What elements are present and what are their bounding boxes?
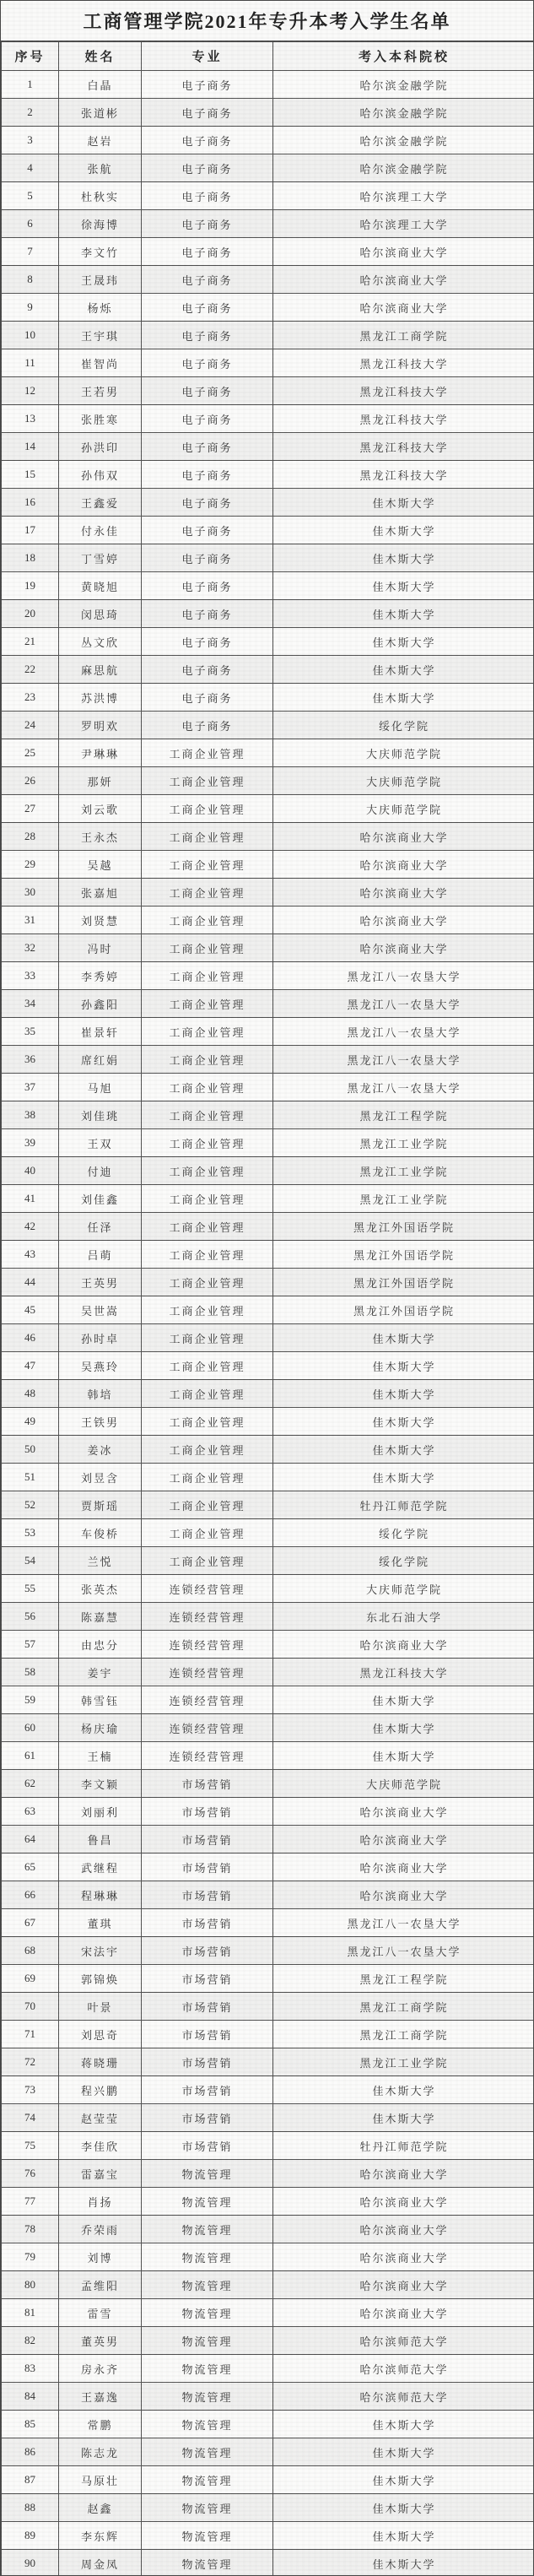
table-row: 44王英男工商企业管理黑龙江外国语学院	[2, 1269, 534, 1296]
table-row: 12王若男电子商务黑龙江科技大学	[2, 377, 534, 405]
cell-major: 物流管理	[142, 2160, 273, 2188]
cell-name: 崔智尚	[59, 349, 142, 377]
table-row: 59韩雪钰连锁经营管理佳木斯大学	[2, 1686, 534, 1714]
cell-major: 工商企业管理	[142, 1157, 273, 1185]
table-row: 29吴越工商企业管理哈尔滨商业大学	[2, 851, 534, 879]
cell-index: 9	[2, 294, 59, 322]
cell-major: 工商企业管理	[142, 1380, 273, 1408]
cell-index: 29	[2, 851, 59, 879]
cell-index: 83	[2, 2355, 59, 2383]
table-row: 56陈嘉慧连锁经营管理东北石油大学	[2, 1603, 534, 1631]
cell-index: 40	[2, 1157, 59, 1185]
table-row: 39王双工商企业管理黑龙江工业学院	[2, 1129, 534, 1157]
cell-school: 哈尔滨商业大学	[273, 1826, 534, 1854]
cell-major: 物流管理	[142, 2327, 273, 2355]
table-row: 40付迪工商企业管理黑龙江工业学院	[2, 1157, 534, 1185]
cell-name: 姜宇	[59, 1659, 142, 1686]
cell-major: 市场营销	[142, 1993, 273, 2021]
cell-major: 连锁经营管理	[142, 1631, 273, 1659]
cell-index: 84	[2, 2383, 59, 2411]
cell-major: 电子商务	[142, 517, 273, 544]
cell-index: 51	[2, 1464, 59, 1491]
cell-name: 李文竹	[59, 238, 142, 266]
cell-major: 市场营销	[142, 2076, 273, 2104]
cell-school: 牡丹江师范学院	[273, 2132, 534, 2160]
cell-school: 大庆师范学院	[273, 767, 534, 795]
cell-index: 16	[2, 489, 59, 517]
cell-name: 马旭	[59, 1074, 142, 1101]
cell-school: 黑龙江八一农垦大学	[273, 1046, 534, 1074]
cell-school: 哈尔滨商业大学	[273, 2160, 534, 2188]
cell-school: 黑龙江八一农垦大学	[273, 1909, 534, 1937]
cell-index: 71	[2, 2021, 59, 2048]
cell-school: 佳木斯大学	[273, 1380, 534, 1408]
table-row: 27刘云歌工商企业管理大庆师范学院	[2, 795, 534, 823]
table-row: 76雷嘉宝物流管理哈尔滨商业大学	[2, 2160, 534, 2188]
cell-school: 黑龙江工商学院	[273, 322, 534, 349]
cell-major: 市场营销	[142, 2021, 273, 2048]
cell-major: 电子商务	[142, 154, 273, 182]
cell-index: 33	[2, 962, 59, 990]
cell-school: 黑龙江科技大学	[273, 433, 534, 461]
cell-school: 哈尔滨商业大学	[273, 1631, 534, 1659]
cell-index: 28	[2, 823, 59, 851]
cell-name: 韩培	[59, 1380, 142, 1408]
cell-major: 物流管理	[142, 2188, 273, 2216]
cell-major: 连锁经营管理	[142, 1603, 273, 1631]
cell-major: 工商企业管理	[142, 1241, 273, 1269]
table-row: 42任泽工商企业管理黑龙江外国语学院	[2, 1213, 534, 1241]
cell-major: 市场营销	[142, 1854, 273, 1881]
cell-school: 牡丹江师范学院	[273, 1491, 534, 1519]
cell-name: 孙伟双	[59, 461, 142, 489]
cell-school: 哈尔滨商业大学	[273, 2271, 534, 2299]
cell-index: 5	[2, 182, 59, 210]
cell-major: 市场营销	[142, 1826, 273, 1854]
cell-name: 王永杰	[59, 823, 142, 851]
cell-index: 23	[2, 684, 59, 712]
cell-name: 陈志龙	[59, 2438, 142, 2466]
cell-name: 周金凤	[59, 2550, 142, 2576]
cell-major: 电子商务	[142, 684, 273, 712]
table-row: 64鲁昌市场营销哈尔滨商业大学	[2, 1826, 534, 1854]
scanned-roster-document: 工商管理学院2021年专升本考入学生名单 序号 姓名 专业 考入本科院校 1白晶…	[0, 0, 534, 2576]
cell-name: 张胜寒	[59, 405, 142, 433]
cell-index: 7	[2, 238, 59, 266]
cell-name: 李佳欣	[59, 2132, 142, 2160]
cell-name: 王嘉逸	[59, 2383, 142, 2411]
cell-school: 黑龙江科技大学	[273, 377, 534, 405]
cell-name: 吴越	[59, 851, 142, 879]
cell-school: 黑龙江八一农垦大学	[273, 1018, 534, 1046]
cell-major: 物流管理	[142, 2299, 273, 2327]
cell-school: 黑龙江八一农垦大学	[273, 990, 534, 1018]
cell-index: 25	[2, 739, 59, 767]
cell-name: 席红娟	[59, 1046, 142, 1074]
cell-index: 35	[2, 1018, 59, 1046]
page-title: 工商管理学院2021年专升本考入学生名单	[1, 1, 533, 41]
cell-index: 79	[2, 2243, 59, 2271]
cell-name: 任泽	[59, 1213, 142, 1241]
cell-school: 哈尔滨商业大学	[273, 906, 534, 934]
cell-name: 李秀婷	[59, 962, 142, 990]
cell-index: 59	[2, 1686, 59, 1714]
cell-name: 刘思奇	[59, 2021, 142, 2048]
cell-index: 10	[2, 322, 59, 349]
table-row: 34孙鑫阳工商企业管理黑龙江八一农垦大学	[2, 990, 534, 1018]
cell-school: 黑龙江八一农垦大学	[273, 962, 534, 990]
cell-school: 佳木斯大学	[273, 489, 534, 517]
students-table: 序号 姓名 专业 考入本科院校 1白晶电子商务哈尔滨金融学院2张道彬电子商务哈尔…	[1, 41, 534, 2576]
cell-school: 哈尔滨商业大学	[273, 1881, 534, 1909]
table-row: 72蒋晓珊市场营销黑龙江工业学院	[2, 2048, 534, 2076]
cell-index: 32	[2, 934, 59, 962]
cell-name: 程兴鹏	[59, 2076, 142, 2104]
cell-index: 55	[2, 1575, 59, 1603]
cell-major: 工商企业管理	[142, 934, 273, 962]
cell-name: 王晟玮	[59, 266, 142, 294]
cell-name: 孟维阳	[59, 2271, 142, 2299]
cell-school: 哈尔滨商业大学	[273, 2188, 534, 2216]
cell-major: 物流管理	[142, 2243, 273, 2271]
cell-school: 哈尔滨师范大学	[273, 2355, 534, 2383]
cell-name: 闵思琦	[59, 600, 142, 628]
table-row: 6徐海博电子商务哈尔滨理工大学	[2, 210, 534, 238]
cell-index: 90	[2, 2550, 59, 2576]
table-row: 38刘佳珧工商企业管理黑龙江工程学院	[2, 1101, 534, 1129]
cell-name: 杨庆瑜	[59, 1714, 142, 1742]
table-row: 37马旭工商企业管理黑龙江八一农垦大学	[2, 1074, 534, 1101]
cell-index: 1	[2, 71, 59, 99]
cell-major: 工商企业管理	[142, 1074, 273, 1101]
cell-major: 工商企业管理	[142, 739, 273, 767]
cell-name: 付迪	[59, 1157, 142, 1185]
cell-name: 罗明欢	[59, 712, 142, 739]
cell-major: 物流管理	[142, 2355, 273, 2383]
table-row: 58姜宇连锁经营管理黑龙江科技大学	[2, 1659, 534, 1686]
table-row: 84王嘉逸物流管理哈尔滨师范大学	[2, 2383, 534, 2411]
table-row: 51刘昱含工商企业管理佳木斯大学	[2, 1464, 534, 1491]
cell-school: 黑龙江外国语学院	[273, 1241, 534, 1269]
table-row: 54兰悦工商企业管理绥化学院	[2, 1547, 534, 1575]
cell-name: 王宇琪	[59, 322, 142, 349]
table-row: 78乔荣雨物流管理哈尔滨商业大学	[2, 2216, 534, 2243]
cell-school: 哈尔滨商业大学	[273, 1798, 534, 1826]
table-row: 65武继程市场营销哈尔滨商业大学	[2, 1854, 534, 1881]
cell-name: 韩雪钰	[59, 1686, 142, 1714]
cell-name: 王若男	[59, 377, 142, 405]
cell-school: 哈尔滨金融学院	[273, 71, 534, 99]
table-row: 79刘博物流管理哈尔滨商业大学	[2, 2243, 534, 2271]
cell-major: 电子商务	[142, 127, 273, 154]
cell-school: 哈尔滨金融学院	[273, 99, 534, 127]
table-row: 9杨烁电子商务哈尔滨商业大学	[2, 294, 534, 322]
cell-index: 11	[2, 349, 59, 377]
cell-name: 马原壮	[59, 2466, 142, 2494]
cell-major: 工商企业管理	[142, 1296, 273, 1324]
cell-name: 雷嘉宝	[59, 2160, 142, 2188]
cell-index: 65	[2, 1854, 59, 1881]
cell-name: 张航	[59, 154, 142, 182]
table-row: 4张航电子商务哈尔滨金融学院	[2, 154, 534, 182]
table-row: 31刘贤慧工商企业管理哈尔滨商业大学	[2, 906, 534, 934]
cell-school: 黑龙江工业学院	[273, 1157, 534, 1185]
cell-index: 75	[2, 2132, 59, 2160]
table-row: 89李东辉物流管理佳木斯大学	[2, 2522, 534, 2550]
cell-school: 黑龙江工商学院	[273, 2021, 534, 2048]
cell-name: 张嘉旭	[59, 879, 142, 906]
cell-name: 乔荣雨	[59, 2216, 142, 2243]
cell-name: 王英男	[59, 1269, 142, 1296]
column-header-school: 考入本科院校	[273, 42, 534, 71]
cell-index: 19	[2, 572, 59, 600]
cell-major: 电子商务	[142, 405, 273, 433]
table-row: 15孙伟双电子商务黑龙江科技大学	[2, 461, 534, 489]
cell-index: 77	[2, 2188, 59, 2216]
table-row: 62李文颖市场营销大庆师范学院	[2, 1770, 534, 1798]
cell-name: 吴世嵩	[59, 1296, 142, 1324]
cell-school: 哈尔滨理工大学	[273, 182, 534, 210]
cell-index: 70	[2, 1993, 59, 2021]
table-row: 2张道彬电子商务哈尔滨金融学院	[2, 99, 534, 127]
cell-major: 电子商务	[142, 544, 273, 572]
cell-school: 哈尔滨商业大学	[273, 2243, 534, 2271]
cell-school: 黑龙江科技大学	[273, 461, 534, 489]
cell-index: 52	[2, 1491, 59, 1519]
cell-major: 市场营销	[142, 1965, 273, 1993]
table-row: 57由忠分连锁经营管理哈尔滨商业大学	[2, 1631, 534, 1659]
column-header-index: 序号	[2, 42, 59, 71]
table-row: 22麻思航电子商务佳木斯大学	[2, 656, 534, 684]
cell-index: 80	[2, 2271, 59, 2299]
cell-index: 18	[2, 544, 59, 572]
cell-major: 工商企业管理	[142, 823, 273, 851]
cell-school: 佳木斯大学	[273, 517, 534, 544]
cell-name: 陈嘉慧	[59, 1603, 142, 1631]
cell-school: 黑龙江科技大学	[273, 405, 534, 433]
cell-major: 电子商务	[142, 628, 273, 656]
cell-major: 电子商务	[142, 322, 273, 349]
cell-school: 佳木斯大学	[273, 572, 534, 600]
cell-index: 46	[2, 1324, 59, 1352]
cell-index: 86	[2, 2438, 59, 2466]
cell-index: 88	[2, 2494, 59, 2522]
table-row: 8王晟玮电子商务哈尔滨商业大学	[2, 266, 534, 294]
cell-name: 武继程	[59, 1854, 142, 1881]
cell-name: 常鹏	[59, 2411, 142, 2438]
cell-index: 64	[2, 1826, 59, 1854]
column-header-major: 专业	[142, 42, 273, 71]
cell-name: 白晶	[59, 71, 142, 99]
cell-school: 大庆师范学院	[273, 1770, 534, 1798]
cell-major: 电子商务	[142, 656, 273, 684]
cell-school: 大庆师范学院	[273, 739, 534, 767]
cell-index: 15	[2, 461, 59, 489]
cell-name: 赵鑫	[59, 2494, 142, 2522]
table-row: 83房永齐物流管理哈尔滨师范大学	[2, 2355, 534, 2383]
cell-school: 佳木斯大学	[273, 1324, 534, 1352]
table-row: 82董英男物流管理哈尔滨师范大学	[2, 2327, 534, 2355]
cell-name: 车俊桥	[59, 1519, 142, 1547]
cell-name: 刘贤慧	[59, 906, 142, 934]
cell-major: 工商企业管理	[142, 990, 273, 1018]
table-row: 21丛文欣电子商务佳木斯大学	[2, 628, 534, 656]
cell-name: 王双	[59, 1129, 142, 1157]
table-row: 71刘思奇市场营销黑龙江工商学院	[2, 2021, 534, 2048]
cell-name: 刘博	[59, 2243, 142, 2271]
cell-school: 佳木斯大学	[273, 600, 534, 628]
cell-name: 麻思航	[59, 656, 142, 684]
cell-school: 佳木斯大学	[273, 544, 534, 572]
cell-name: 王鑫爱	[59, 489, 142, 517]
table-row: 5杜秋实电子商务哈尔滨理工大学	[2, 182, 534, 210]
table-row: 18丁雪婷电子商务佳木斯大学	[2, 544, 534, 572]
cell-major: 工商企业管理	[142, 1213, 273, 1241]
cell-school: 佳木斯大学	[273, 1408, 534, 1436]
table-row: 90周金凤物流管理佳木斯大学	[2, 2550, 534, 2576]
cell-index: 48	[2, 1380, 59, 1408]
cell-index: 27	[2, 795, 59, 823]
cell-school: 哈尔滨商业大学	[273, 266, 534, 294]
cell-index: 44	[2, 1269, 59, 1296]
cell-index: 66	[2, 1881, 59, 1909]
cell-name: 杨烁	[59, 294, 142, 322]
cell-school: 佳木斯大学	[273, 1464, 534, 1491]
cell-school: 黑龙江工业学院	[273, 2048, 534, 2076]
cell-name: 张英杰	[59, 1575, 142, 1603]
table-row: 68宋法宇市场营销黑龙江八一农垦大学	[2, 1937, 534, 1965]
table-row: 81雷雪物流管理哈尔滨商业大学	[2, 2299, 534, 2327]
table-header-row: 序号 姓名 专业 考入本科院校	[2, 42, 534, 71]
cell-school: 黑龙江工商学院	[273, 1993, 534, 2021]
cell-school: 佳木斯大学	[273, 2494, 534, 2522]
cell-name: 孙洪印	[59, 433, 142, 461]
cell-major: 连锁经营管理	[142, 1659, 273, 1686]
cell-name: 李东辉	[59, 2522, 142, 2550]
cell-major: 市场营销	[142, 1770, 273, 1798]
cell-name: 刘佳鑫	[59, 1185, 142, 1213]
table-row: 33李秀婷工商企业管理黑龙江八一农垦大学	[2, 962, 534, 990]
cell-major: 电子商务	[142, 238, 273, 266]
cell-school: 黑龙江八一农垦大学	[273, 1074, 534, 1101]
cell-name: 孙时卓	[59, 1324, 142, 1352]
cell-name: 尹琳琳	[59, 739, 142, 767]
table-row: 13张胜寒电子商务黑龙江科技大学	[2, 405, 534, 433]
cell-school: 黑龙江八一农垦大学	[273, 1937, 534, 1965]
cell-school: 哈尔滨商业大学	[273, 823, 534, 851]
table-row: 73程兴鹏市场营销佳木斯大学	[2, 2076, 534, 2104]
cell-school: 佳木斯大学	[273, 2411, 534, 2438]
table-row: 85常鹏物流管理佳木斯大学	[2, 2411, 534, 2438]
cell-school: 黑龙江科技大学	[273, 349, 534, 377]
cell-major: 市场营销	[142, 1798, 273, 1826]
cell-school: 哈尔滨商业大学	[273, 238, 534, 266]
cell-name: 刘丽利	[59, 1798, 142, 1826]
cell-index: 49	[2, 1408, 59, 1436]
table-row: 55张英杰连锁经营管理大庆师范学院	[2, 1575, 534, 1603]
table-row: 35崔景轩工商企业管理黑龙江八一农垦大学	[2, 1018, 534, 1046]
cell-index: 50	[2, 1436, 59, 1464]
cell-school: 佳木斯大学	[273, 2550, 534, 2576]
cell-major: 工商企业管理	[142, 1269, 273, 1296]
cell-major: 电子商务	[142, 489, 273, 517]
cell-major: 连锁经营管理	[142, 1686, 273, 1714]
cell-school: 佳木斯大学	[273, 2438, 534, 2466]
table-row: 43吕萌工商企业管理黑龙江外国语学院	[2, 1241, 534, 1269]
cell-major: 工商企业管理	[142, 1324, 273, 1352]
table-row: 47吴燕玲工商企业管理佳木斯大学	[2, 1352, 534, 1380]
cell-school: 黑龙江工程学院	[273, 1965, 534, 1993]
cell-major: 工商企业管理	[142, 1408, 273, 1436]
cell-index: 30	[2, 879, 59, 906]
cell-name: 王铁男	[59, 1408, 142, 1436]
cell-major: 电子商务	[142, 600, 273, 628]
cell-name: 董琪	[59, 1909, 142, 1937]
table-row: 17付永佳电子商务佳木斯大学	[2, 517, 534, 544]
cell-major: 工商企业管理	[142, 1464, 273, 1491]
cell-index: 89	[2, 2522, 59, 2550]
cell-major: 电子商务	[142, 377, 273, 405]
table-row: 46孙时卓工商企业管理佳木斯大学	[2, 1324, 534, 1352]
cell-name: 董英男	[59, 2327, 142, 2355]
cell-major: 工商企业管理	[142, 1491, 273, 1519]
cell-major: 电子商务	[142, 572, 273, 600]
cell-school: 佳木斯大学	[273, 1436, 534, 1464]
cell-school: 佳木斯大学	[273, 1714, 534, 1742]
cell-index: 6	[2, 210, 59, 238]
cell-school: 哈尔滨师范大学	[273, 2383, 534, 2411]
cell-major: 物流管理	[142, 2216, 273, 2243]
cell-major: 电子商务	[142, 99, 273, 127]
cell-name: 吕萌	[59, 1241, 142, 1269]
cell-name: 姜冰	[59, 1436, 142, 1464]
cell-major: 工商企业管理	[142, 962, 273, 990]
cell-major: 工商企业管理	[142, 851, 273, 879]
cell-major: 物流管理	[142, 2383, 273, 2411]
cell-major: 物流管理	[142, 2438, 273, 2466]
cell-index: 53	[2, 1519, 59, 1547]
cell-index: 82	[2, 2327, 59, 2355]
table-row: 10王宇琪电子商务黑龙江工商学院	[2, 322, 534, 349]
cell-index: 17	[2, 517, 59, 544]
cell-index: 39	[2, 1129, 59, 1157]
cell-major: 市场营销	[142, 2104, 273, 2132]
cell-school: 黑龙江工业学院	[273, 1129, 534, 1157]
cell-name: 黄晓旭	[59, 572, 142, 600]
cell-major: 电子商务	[142, 266, 273, 294]
cell-index: 4	[2, 154, 59, 182]
cell-major: 工商企业管理	[142, 767, 273, 795]
cell-index: 85	[2, 2411, 59, 2438]
cell-major: 市场营销	[142, 1881, 273, 1909]
table-row: 53车俊桥工商企业管理绥化学院	[2, 1519, 534, 1547]
table-row: 48韩培工商企业管理佳木斯大学	[2, 1380, 534, 1408]
table-row: 52贾斯瑶工商企业管理牡丹江师范学院	[2, 1491, 534, 1519]
cell-school: 佳木斯大学	[273, 1352, 534, 1380]
cell-major: 工商企业管理	[142, 879, 273, 906]
cell-major: 工商企业管理	[142, 1129, 273, 1157]
cell-index: 43	[2, 1241, 59, 1269]
cell-index: 68	[2, 1937, 59, 1965]
cell-index: 26	[2, 767, 59, 795]
cell-major: 市场营销	[142, 1909, 273, 1937]
cell-index: 45	[2, 1296, 59, 1324]
cell-major: 市场营销	[142, 2132, 273, 2160]
cell-school: 佳木斯大学	[273, 2104, 534, 2132]
cell-name: 苏洪博	[59, 684, 142, 712]
cell-name: 张道彬	[59, 99, 142, 127]
cell-name: 郭锦焕	[59, 1965, 142, 1993]
